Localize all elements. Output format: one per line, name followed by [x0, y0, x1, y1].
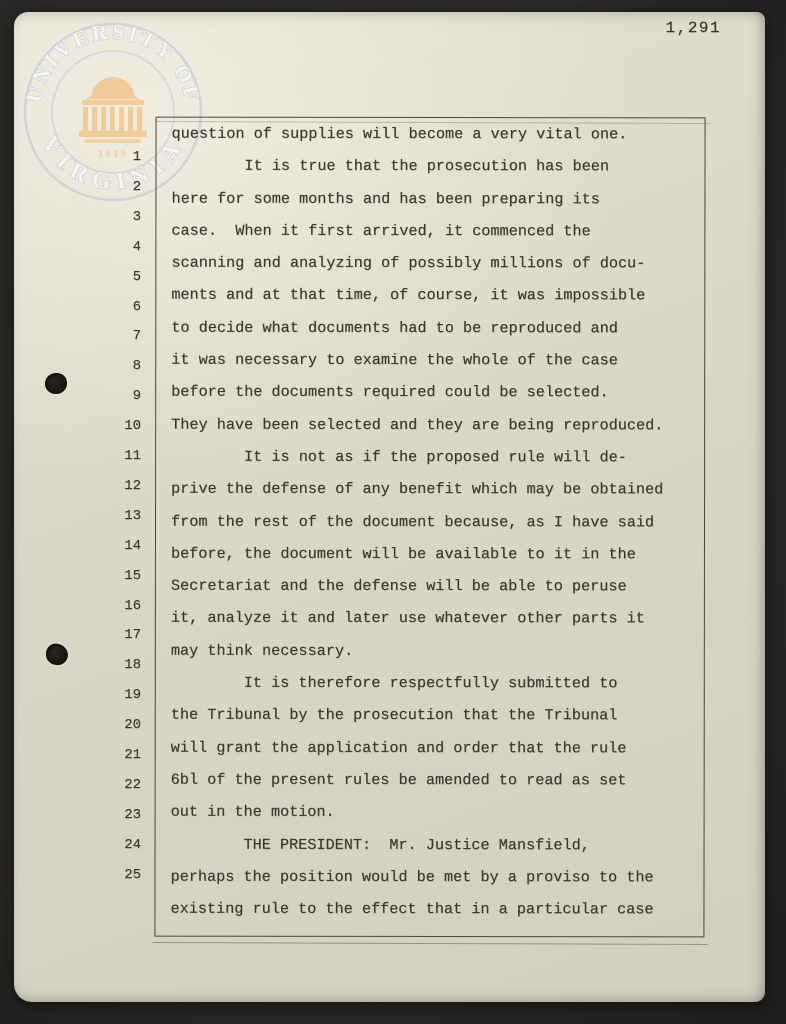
transcript-line: it, analyze it and later use whatever ot…	[171, 602, 705, 635]
line-number: 9	[101, 389, 141, 404]
transcript-line: before, the document will be available t…	[171, 537, 705, 570]
photograph-background: 1819 UNIVERSITY OF VIRGINIA 1,291 123456…	[0, 0, 786, 1024]
transcript-line: Secretariat and the defense will be able…	[171, 570, 705, 603]
transcript-line: case. When it first arrived, it commence…	[171, 215, 705, 248]
transcript-line: it was necessary to examine the whole of…	[171, 344, 705, 377]
line-number: 20	[101, 718, 141, 733]
transcript-line: prive the defense of any benefit which m…	[171, 473, 705, 506]
transcript-line: the Tribunal by the prosecution that the…	[171, 699, 705, 732]
line-number: 17	[101, 628, 141, 643]
transcript-line: THE PRESIDENT: Mr. Justice Mansfield,	[171, 828, 705, 861]
line-number: 22	[101, 778, 141, 793]
transcript-line: will grant the application and order tha…	[171, 731, 705, 764]
line-number: 19	[101, 688, 141, 703]
transcript-line: perhaps the position would be met by a p…	[170, 860, 704, 893]
line-number: 23	[101, 808, 141, 823]
transcript-line: to decide what documents had to be repro…	[171, 311, 705, 344]
transcript-line: from the rest of the document because, a…	[171, 505, 705, 538]
transcript-line: before the documents required could be s…	[171, 376, 705, 409]
line-number: 24	[101, 838, 141, 853]
transcript-line: 6bl of the present rules be amended to r…	[171, 764, 705, 797]
transcript-line: out in the motion.	[171, 796, 705, 829]
transcript-line: ments and at that time, of course, it wa…	[171, 279, 705, 312]
transcript-line: here for some months and has been prepar…	[171, 182, 705, 215]
line-number: 13	[101, 509, 141, 524]
line-number: 15	[101, 569, 141, 584]
page-number: 1,291	[665, 19, 721, 37]
transcript-line: question of supplies will become a very …	[172, 118, 706, 151]
line-number: 2	[101, 180, 141, 195]
transcript-line: They have been selected and they are bei…	[171, 408, 705, 441]
transcript-line: existing rule to the effect that in a pa…	[170, 893, 704, 926]
transcript-line: It is not as if the proposed rule will d…	[171, 441, 705, 474]
seal-text-top: UNIVERSITY OF	[20, 19, 205, 105]
line-number: 4	[101, 240, 141, 255]
line-number: 5	[101, 270, 141, 285]
transcript-text-box: question of supplies will become a very …	[154, 117, 705, 938]
line-number: 25	[101, 868, 141, 883]
line-number: 10	[101, 419, 141, 434]
line-number: 6	[101, 300, 141, 315]
line-number: 7	[101, 329, 141, 344]
line-number: 14	[101, 539, 141, 554]
rotunda-icon: 1819	[79, 77, 147, 160]
punch-hole-bottom	[44, 642, 70, 668]
line-number: 3	[101, 210, 141, 225]
line-number: 8	[101, 359, 141, 374]
transcript-line: It is therefore respectfully submitted t…	[171, 667, 705, 700]
rotunda-columns	[83, 107, 142, 131]
line-number: 11	[101, 449, 141, 464]
svg-text:UNIVERSITY OF: UNIVERSITY OF	[20, 19, 205, 105]
line-number: 1	[101, 150, 141, 165]
scanned-page: 1819 UNIVERSITY OF VIRGINIA 1,291 123456…	[14, 12, 765, 1002]
transcript-line: may think necessary.	[171, 634, 705, 667]
transcript-text: question of supplies will become a very …	[155, 118, 705, 926]
transcript-line: It is true that the prosecution has been	[171, 150, 705, 183]
line-number: 21	[101, 748, 141, 763]
line-number: 18	[101, 658, 141, 673]
line-number: 16	[101, 599, 141, 614]
transcript-line: scanning and analyzing of possibly milli…	[171, 247, 705, 280]
line-number: 12	[101, 479, 141, 494]
punch-hole-top	[45, 373, 67, 394]
